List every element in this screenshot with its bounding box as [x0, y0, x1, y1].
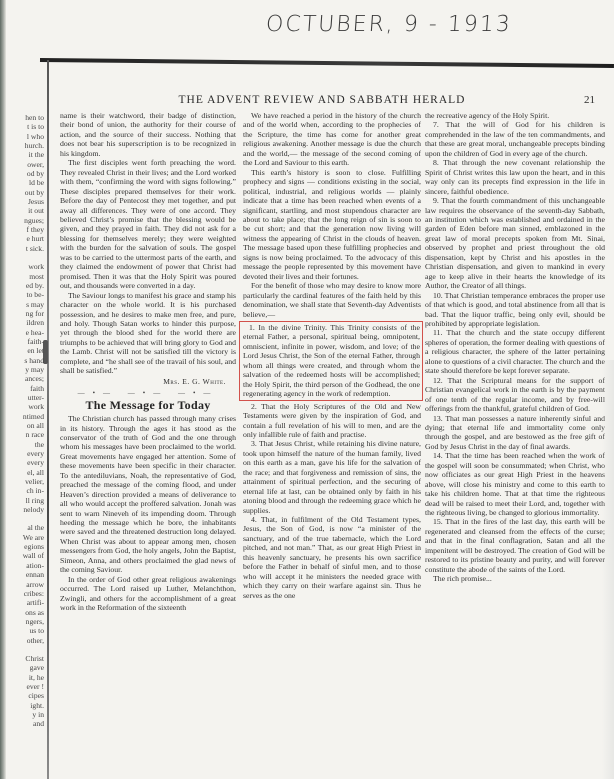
margin-line: ennan — [6, 570, 44, 579]
publication-title: THE ADVENT REVIEW AND SABBATH HERALD — [60, 94, 584, 106]
margin-line: ld be — [6, 178, 44, 187]
margin-line: arrow — [6, 580, 44, 589]
margin-line: and — [6, 719, 44, 728]
margin-line: other, — [6, 636, 44, 645]
margin-line: ch in- — [6, 486, 44, 495]
margin-line: n race — [6, 430, 44, 439]
article-column-1: name is their watchword, their badge of … — [60, 111, 236, 613]
belief-item: 3. That Jesus Christ, while retaining hi… — [243, 439, 421, 515]
margin-line: ed by. — [6, 281, 44, 290]
margin-line: every — [6, 458, 44, 467]
page-top-rule — [40, 58, 614, 68]
article-column-3: the recreative agency of the Holy Spirit… — [425, 111, 605, 584]
belief-item: 12. That the Scriptural means for the su… — [425, 376, 605, 414]
paragraph: The Saviour longs to manifest his grace … — [60, 291, 236, 376]
margin-line: faith- — [6, 337, 44, 346]
margin-line: ances; — [6, 374, 44, 383]
margin-line: artifi- — [6, 598, 44, 607]
margin-line: ight. — [6, 701, 44, 710]
margin-line: it the — [6, 150, 44, 159]
belief-item: The rich promise... — [425, 574, 605, 583]
handwritten-date-annotation: OCTUBER, 9 - 1913 — [265, 12, 512, 37]
margin-line: out by — [6, 188, 44, 197]
paragraph: The Christian church has passed through … — [60, 414, 236, 575]
margin-line: the — [6, 440, 44, 449]
margin-line: f they — [6, 225, 44, 234]
margin-line: ntimed — [6, 412, 44, 421]
margin-line: cipes — [6, 691, 44, 700]
paragraph: We have reached a period in the history … — [243, 111, 421, 168]
margin-line: to be- — [6, 290, 44, 299]
belief-item-1: 1. In the divine Trinity. This Trinity c… — [243, 323, 420, 399]
margin-line: work — [6, 402, 44, 411]
margin-line: ngers, — [6, 617, 44, 626]
margin-line: most — [6, 272, 44, 281]
margin-line: Jesus — [6, 197, 44, 206]
margin-line: s hand — [6, 356, 44, 365]
margin-line: ng for — [6, 309, 44, 318]
margin-line: ons as — [6, 608, 44, 617]
margin-line: y may — [6, 365, 44, 374]
paragraph: For the benefit of those who may desire … — [243, 281, 421, 319]
margin-line: t is to — [6, 122, 44, 131]
belief-item: 4. That, in fulfilment of the Old Testam… — [243, 515, 421, 600]
margin-line: ever ! — [6, 682, 44, 691]
belief-item: the recreative agency of the Holy Spirit… — [425, 111, 605, 120]
margin-line: ll ring — [6, 496, 44, 505]
paragraph: This earth’s history is soon to close. F… — [243, 168, 421, 281]
belief-item: 8. That through the new covenant relatio… — [425, 158, 605, 196]
article-column-2: We have reached a period in the history … — [243, 111, 421, 600]
belief-item: 2. That the Holy Scriptures of the Old a… — [243, 402, 421, 440]
margin-line: every — [6, 449, 44, 458]
margin-line: cribes: — [6, 589, 44, 598]
margin-line: hen to — [6, 113, 44, 122]
margin-line: y in — [6, 710, 44, 719]
belief-item: 11. That the church and the state occupy… — [425, 328, 605, 375]
margin-line: it, he — [6, 673, 44, 682]
margin-line: e hea- — [6, 328, 44, 337]
margin-line: egions — [6, 542, 44, 551]
margin-line: t sick. — [6, 244, 44, 253]
paragraph: name is their watchword, their badge of … — [60, 111, 236, 158]
margin-line: We are — [6, 533, 44, 542]
belief-item: 13. That man possesses a nature inherent… — [425, 414, 605, 452]
highlighted-belief-box: 1. In the divine Trinity. This Trinity c… — [239, 321, 423, 401]
margin-line: Christ — [6, 654, 44, 663]
margin-line: on all — [6, 421, 44, 430]
margin-line: it out — [6, 206, 44, 215]
margin-line: al the — [6, 523, 44, 532]
margin-line: s may — [6, 300, 44, 309]
margin-line: ower, — [6, 160, 44, 169]
belief-item: 10. That Christian temperance embraces t… — [425, 291, 605, 329]
margin-line: e hurt — [6, 234, 44, 243]
paragraph: The first disciples went forth preaching… — [60, 158, 236, 290]
margin-line: el, all — [6, 468, 44, 477]
margin-line: work — [6, 262, 44, 271]
margin-line: utter- — [6, 393, 44, 402]
margin-line: us to — [6, 626, 44, 635]
belief-item: 15. That in the fires of the last day, t… — [425, 517, 605, 574]
paragraph: In the order of God other great religiou… — [60, 575, 236, 613]
margin-line: hurch. — [6, 141, 44, 150]
margin-line: en let — [6, 346, 44, 355]
belief-item: 7. That the will of God for his children… — [425, 120, 605, 158]
belief-item: 14. That the time has been reached when … — [425, 451, 605, 517]
margin-line: nelody — [6, 505, 44, 514]
previous-page-margin: hen to t is to l who hurch. it the ower,… — [6, 113, 44, 729]
margin-line: ngues; — [6, 216, 44, 225]
margin-line: ation- — [6, 561, 44, 570]
author-signature: Mrs. E. G. White. — [60, 377, 226, 386]
margin-line: wall of — [6, 551, 44, 560]
margin-line: ildren — [6, 318, 44, 327]
margin-line: faith — [6, 384, 44, 393]
scan-fade-edge — [602, 360, 614, 779]
margin-line: od by — [6, 169, 44, 178]
section-heading: The Message for Today — [60, 401, 236, 410]
margin-line: gave — [6, 663, 44, 672]
margin-line: velier, — [6, 477, 44, 486]
page-gutter-line — [47, 60, 49, 779]
running-header: THE ADVENT REVIEW AND SABBATH HERALD 21 — [60, 94, 595, 106]
page-number: 21 — [584, 94, 595, 106]
belief-item: 9. That the fourth commandment of this u… — [425, 196, 605, 291]
margin-line: l who — [6, 132, 44, 141]
